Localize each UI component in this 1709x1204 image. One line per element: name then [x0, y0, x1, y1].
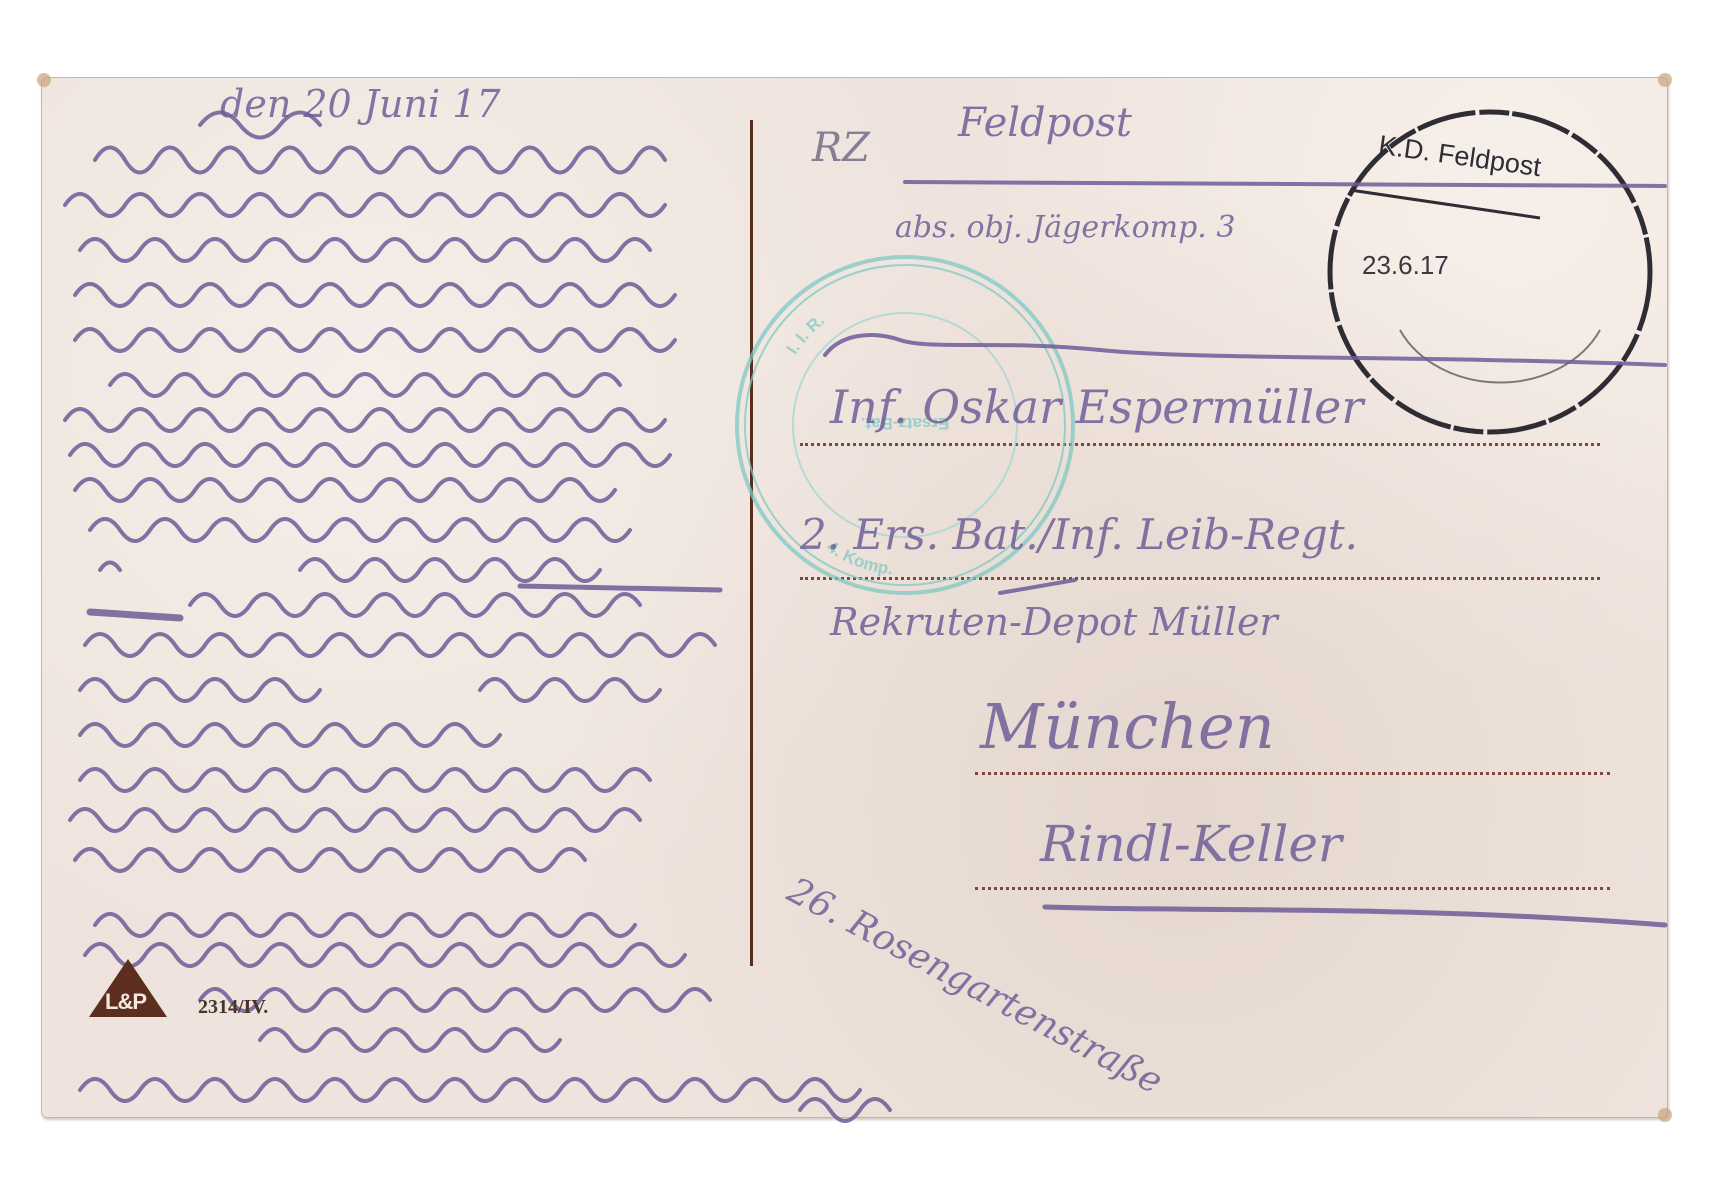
publisher-logo-text: L&P	[105, 989, 146, 1015]
recipient-subunit: Rekruten-Depot Müller	[830, 600, 1278, 644]
marking: RZ	[812, 125, 870, 171]
series-number: 2314/IV.	[198, 996, 268, 1019]
service-sub: abs. obj. Jägerkomp. 3	[895, 210, 1235, 245]
recipient-unit: 2. Ers. Bat./Inf. Leib-Regt.	[800, 510, 1358, 559]
recipient-name: Inf. Oskar Espermüller	[830, 380, 1363, 434]
recipient-street: Rindl-Keller	[1040, 815, 1342, 873]
postmark-date: 23.6.17	[1362, 250, 1449, 281]
service-line: Feldpost	[958, 100, 1132, 146]
recipient-city: München	[980, 690, 1275, 763]
message-date: den 20 Juni 17	[220, 82, 501, 126]
